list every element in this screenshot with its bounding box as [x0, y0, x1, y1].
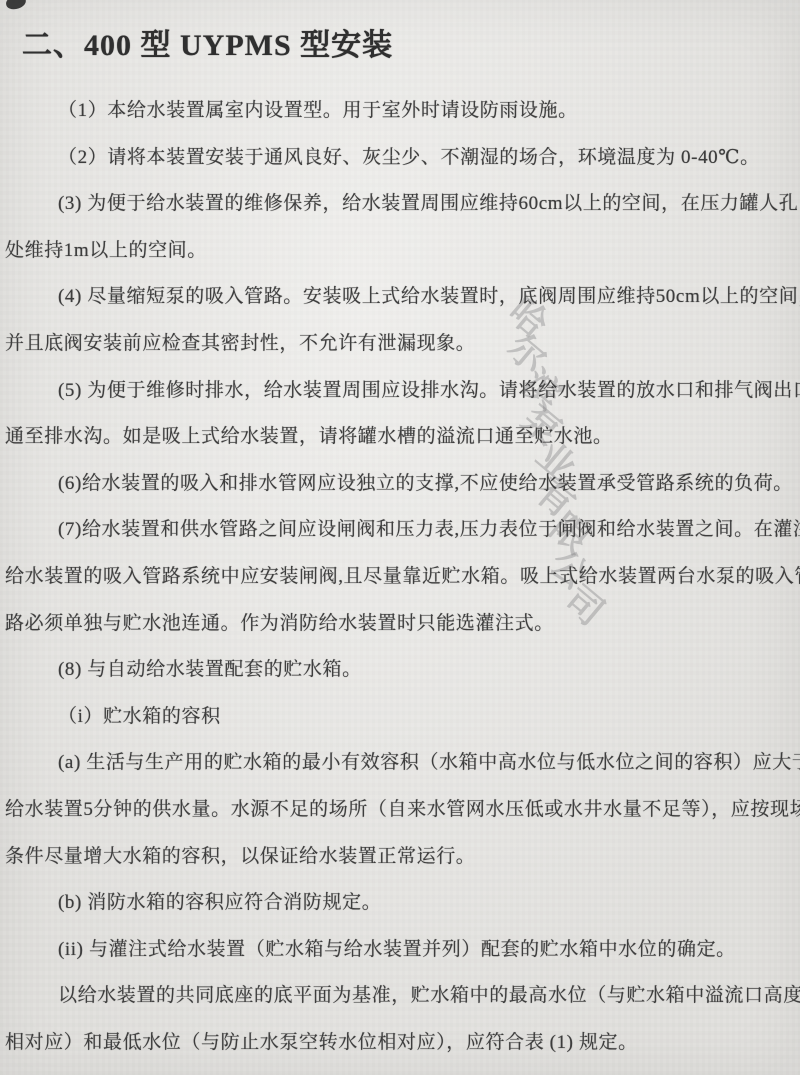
body-text: （1）本给水装置属室内设置型。用于室外时请设防雨设施。（2）请将本装置安装于通风… — [0, 88, 800, 1066]
scan-artifact-smudge — [5, 0, 27, 11]
text-line: 路必须单独与贮水池连通。作为消防给水装置时只能选灌注式。 — [0, 601, 800, 648]
document-page: 二、400 型 UYPMS 型安装 哈尔滨泵业有限公司 （1）本给水装置属室内设… — [0, 0, 800, 1075]
text-line: (3) 为便于给水装置的维修保养，给水装置周围应维持60cm以上的空间，在压力罐… — [0, 181, 800, 228]
text-line: 给水装置5分钟的供水量。水源不足的场所（自来水管网水压低或水井水量不足等），应按… — [0, 787, 800, 834]
text-line: 并且底阀安装前应检查其密封性，不允许有泄漏现象。 — [0, 321, 800, 368]
text-line: 条件尽量增大水箱的容积，以保证给水装置正常运行。 — [0, 834, 800, 881]
text-line: (4) 尽量缩短泵的吸入管路。安装吸上式给水装置时，底阀周围应维持50cm以上的… — [0, 274, 800, 321]
text-line: (8) 与自动给水装置配套的贮水箱。 — [0, 647, 800, 694]
text-line: (a) 生活与生产用的贮水箱的最小有效容积（水箱中高水位与低水位之间的容积）应大… — [0, 740, 800, 787]
text-line: 通至排水沟。如是吸上式给水装置，请将罐水槽的溢流口通至贮水池。 — [0, 414, 800, 461]
text-line: (5) 为便于维修时排水，给水装置周围应设排水沟。请将给水装置的放水口和排气阀出… — [0, 368, 800, 415]
text-line: （i）贮水箱的容积 — [0, 694, 800, 741]
text-line: (6)给水装置的吸入和排水管网应设独立的支撑,不应使给水装置承受管路系统的负荷。 — [0, 461, 800, 508]
text-line: （1）本给水装置属室内设置型。用于室外时请设防雨设施。 — [0, 88, 800, 135]
text-line: (b) 消防水箱的容积应符合消防规定。 — [0, 880, 800, 927]
text-line: 以给水装置的共同底座的底平面为基准，贮水箱中的最高水位（与贮水箱中溢流口高度 — [0, 973, 800, 1020]
text-line: （2）请将本装置安装于通风良好、灰尘少、不潮湿的场合，环境温度为 0-40℃。 — [0, 135, 800, 182]
text-line: 相对应）和最低水位（与防止水泵空转水位相对应），应符合表 (1) 规定。 — [0, 1020, 800, 1067]
text-line: 处维持1m以上的空间。 — [0, 228, 800, 275]
text-line: (ii) 与灌注式给水装置（贮水箱与给水装置并列）配套的贮水箱中水位的确定。 — [0, 927, 800, 974]
text-line: 给水装置的吸入管路系统中应安装闸阀,且尽量靠近贮水箱。吸上式给水装置两台水泵的吸… — [0, 554, 800, 601]
page-title: 二、400 型 UYPMS 型安装 — [22, 20, 393, 64]
text-line: (7)给水装置和供水管路之间应设闸阀和压力表,压力表位于闸阀和给水装置之间。在灌… — [0, 507, 800, 554]
